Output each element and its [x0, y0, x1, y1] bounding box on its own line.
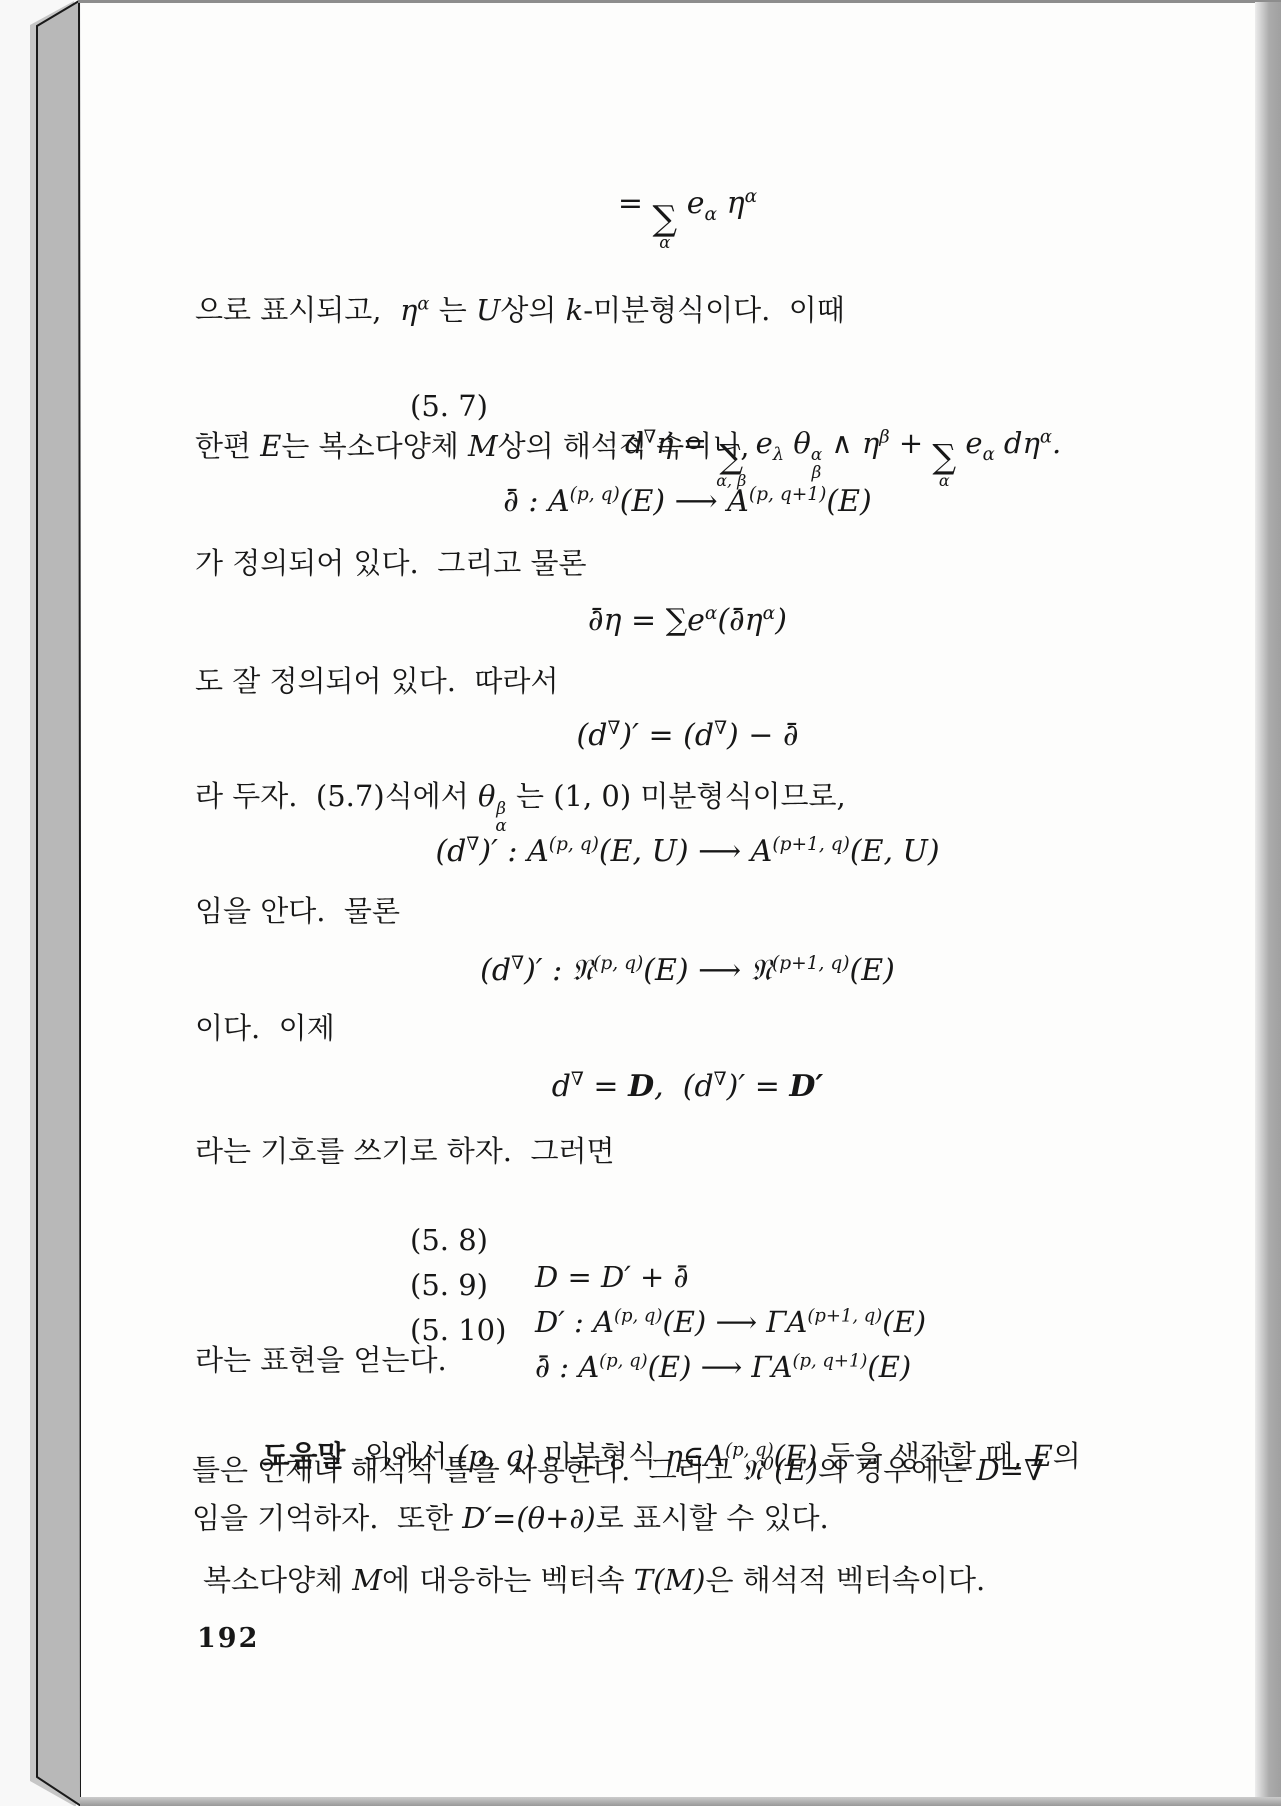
- body-text-line: 임을 기억하자. 또한 D′=(θ+∂)로 표시할 수 있다.: [192, 1500, 829, 1536]
- body-text-line: 이다. 이제: [195, 1010, 335, 1046]
- display-formula: d∇ = D, (d∇)′ = D′: [195, 1068, 1180, 1106]
- body-text-line: 틀은 언제나 해석적 틀을 사용한다. 그리고 𝔑0(E)의 경우에는 D=∇: [192, 1452, 1044, 1488]
- display-formula: ∂̄ : A(p, q)(E) ⟶ A(p, q+1)(E): [195, 483, 1180, 521]
- equation-formula: ∂̄ : A(p, q)(E) ⟶ ΓA(p, q+1)(E): [535, 1349, 911, 1385]
- page-number: 192: [197, 1622, 259, 1656]
- body-text-line: 라는 표현을 얻는다.: [195, 1342, 447, 1378]
- body-text-line: 라 두자. (5.7)식에서 θβα 는 (1, 0) 미분형식이므로,: [195, 778, 846, 835]
- body-text-line: 한편 E는 복소다양체 M상의 해석적 속이니,: [195, 428, 749, 464]
- display-formula: (d∇)′ = (d∇) − ∂̄: [195, 717, 1180, 755]
- body-text-line: 임을 안다. 물론: [195, 893, 400, 929]
- display-formula: ∂̄η = ∑eα(∂̄ηα): [195, 602, 1180, 640]
- equation-row: (5. 7) d∇η = ∑α, β eλ θαβ ∧ ηβ + ∑α eα d…: [195, 352, 250, 497]
- equation-label: (5. 8): [410, 1222, 488, 1258]
- equation-label: (5. 9): [410, 1267, 488, 1303]
- body-text-line: 라는 기호를 쓰기로 하자. 그러면: [195, 1133, 615, 1169]
- page-content: = ∑α eα ηα 으로 표시되고, ηα 는 U상의 k-미분형식이다. 이…: [0, 0, 1281, 1806]
- body-text-line: 도 잘 정의되어 있다. 따라서: [195, 663, 558, 699]
- scanned-book-page: = ∑α eα ηα 으로 표시되고, ηα 는 U상의 k-미분형식이다. 이…: [0, 0, 1281, 1806]
- display-formula: (d∇)′ : A(p, q)(E, U) ⟶ A(p+1, q)(E, U): [195, 833, 1180, 871]
- display-formula: (d∇)′ : 𝔑(p, q)(E) ⟶ 𝔑(p+1, q)(E): [195, 952, 1180, 990]
- equation-formula: D′ : A(p, q)(E) ⟶ ΓA(p+1, q)(E): [535, 1304, 926, 1340]
- body-text-line: 복소다양체 M에 대응하는 벡터속 T(M)은 해석적 벡터속이다.: [203, 1562, 985, 1598]
- equation-formula: D = D′ + ∂̄: [535, 1259, 689, 1295]
- body-text-line: 가 정의되어 있다. 그리고 물론: [195, 545, 586, 581]
- display-formula: = ∑α eα ηα: [195, 185, 1180, 251]
- equation-label: (5. 7): [410, 388, 488, 424]
- body-text-line: 으로 표시되고, ηα 는 U상의 k-미분형식이다. 이때: [195, 292, 845, 328]
